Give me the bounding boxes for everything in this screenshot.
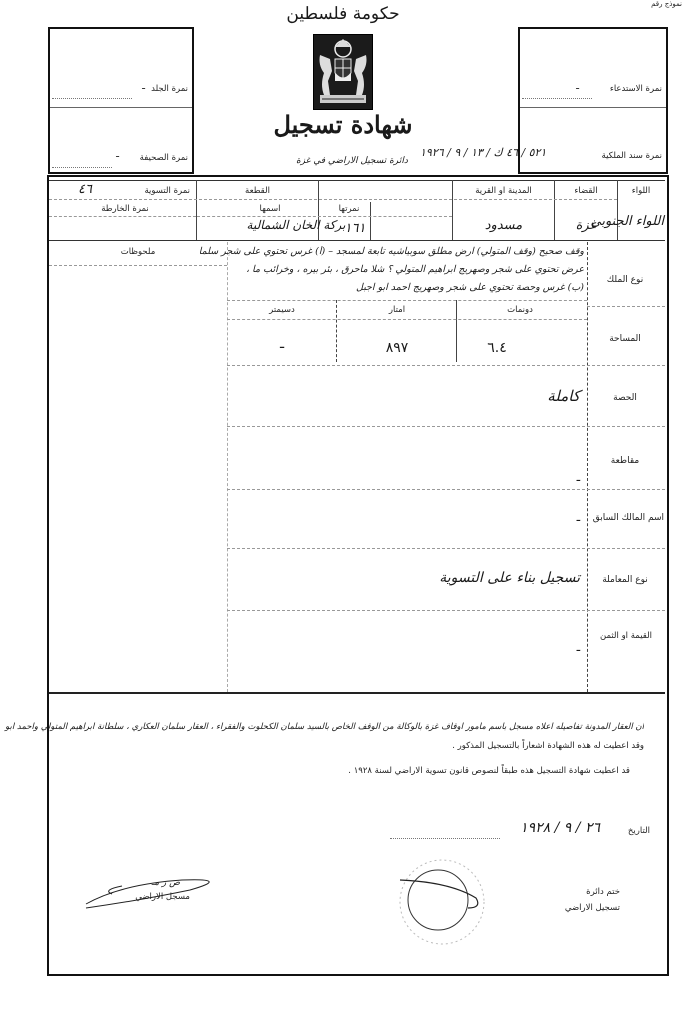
previous-owner-label: اسم المالك السابق — [582, 513, 664, 523]
property-type-line-3[interactable]: (ب) غرس وحصة تحتوي على شجر وصهريج احمد ا… — [230, 282, 584, 293]
map-no-label: نمرة الخارطة — [60, 204, 190, 214]
boundaries-label: مقاطعة — [590, 456, 660, 466]
statement-line-2: وقد اعطيت له هذه الشهادة اشعاراً بالتسجي… — [200, 741, 644, 751]
row-divider — [227, 426, 665, 427]
row-divider — [587, 306, 665, 307]
deed-label: نمرة سند الملكية — [602, 151, 662, 161]
page-dotted-line — [52, 167, 112, 168]
land-registry-seal-icon — [390, 852, 490, 952]
date-label: التاريخ — [600, 826, 650, 836]
value-price-value[interactable]: ـ — [540, 640, 580, 654]
block-number-header: نمرتها — [329, 204, 369, 214]
row-divider — [227, 489, 665, 490]
header-underline — [49, 199, 617, 200]
area-label: المساحة — [590, 334, 660, 344]
date-value[interactable]: ٢٦ / ٩ / ١٩٢٨ — [450, 820, 600, 836]
decimeters-header: دسيمتر — [228, 305, 336, 315]
volume-label: نمرة الجلد — [151, 84, 188, 94]
office-line: دائرة تسجيل الاراضي في غزة — [296, 156, 408, 166]
page-label: نمرة الصحيفة — [140, 153, 188, 163]
dunams-header: دونمات — [457, 305, 583, 315]
transaction-type-value[interactable]: تسجيل بناء على التسوية — [380, 570, 580, 586]
seal-label-1: ختم دائرة — [560, 887, 620, 897]
subdistrict-header: القضاء — [555, 186, 617, 196]
row-divider — [227, 610, 665, 611]
table-top-line — [49, 180, 665, 181]
application-label: نمرة الاستدعاء — [610, 84, 662, 94]
parcel-block-header: القطعة — [197, 186, 318, 196]
area-header-underline — [227, 319, 587, 320]
share-value[interactable]: كاملة — [440, 387, 580, 405]
row-divider — [227, 548, 665, 549]
registrar-sign-initials: ص ر مـ — [120, 878, 180, 888]
application-value[interactable]: ـ — [576, 81, 579, 92]
town-village-value[interactable]: مسدود — [453, 218, 554, 233]
subdistrict-value[interactable]: غزة — [555, 218, 617, 233]
block-name-header: اسمها — [230, 204, 310, 214]
page-value[interactable]: ـ — [116, 149, 119, 160]
property-type-label: نوع الملك — [590, 275, 660, 285]
table-bottom-line — [49, 240, 665, 241]
volume-page-box: نمرة الجلد ـ نمرة الصحيفة ـ — [48, 27, 194, 174]
registrar-label: مسجل الاراضي — [100, 892, 190, 902]
property-type-line-1[interactable]: وقف صحيح (وقف المتولي) ارض مطلق سوبياشيه… — [200, 246, 584, 257]
government-title: حكومة فلسطين — [0, 4, 686, 24]
remarks-underline — [49, 265, 227, 266]
subheader-underline — [49, 216, 196, 217]
value-price-label: القيمة او الثمن — [588, 631, 664, 641]
volume-dotted-line — [52, 98, 132, 99]
deed-value[interactable]: ٥٢١ / ٤٦ ك / ١٣ / ٩ / ١٩٢٦ — [420, 146, 546, 159]
seal-label-2: تسجيل الاراضي — [540, 903, 620, 913]
dunams-value[interactable]: ٦.٤ — [457, 340, 537, 356]
row-label-divider — [587, 242, 588, 692]
box-divider — [520, 107, 666, 108]
row-divider — [227, 300, 587, 301]
meters-value[interactable]: ٨٩٧ — [337, 340, 457, 356]
box-divider — [50, 107, 192, 108]
previous-owner-value[interactable]: ـ — [540, 510, 580, 524]
share-label: الحصة — [590, 393, 660, 403]
decimeters-value[interactable]: ـ — [228, 336, 336, 352]
row-divider — [227, 365, 665, 366]
block-name-value[interactable]: بركة الخان الشمالية — [222, 218, 370, 232]
statement-line-3: قد اعطيت شهادة التسجيل هذه طبقاً لنصوص ق… — [200, 766, 630, 776]
town-village-header: المدينة او القرية — [453, 186, 554, 196]
date-dotted-line — [390, 838, 500, 839]
transaction-type-label: نوع المعاملة — [590, 575, 660, 585]
statement-line-1[interactable]: ان العقار المدونة تفاصيله اعلاه مسجل باس… — [4, 722, 644, 732]
meters-header: امتار — [337, 305, 457, 315]
district-value[interactable]: اللواء الجنوبي — [618, 214, 664, 229]
royal-coat-of-arms-icon — [313, 34, 373, 110]
settlement-no-value[interactable]: ٤٦ — [78, 182, 92, 197]
property-type-line-2[interactable]: عرض تحتوي على شجر وصهريج ابراهيم المتولي… — [230, 264, 584, 275]
volume-value[interactable]: ـ — [142, 81, 145, 92]
boundaries-value[interactable]: ـ — [540, 470, 580, 484]
statement-separator — [49, 692, 665, 694]
col-divider — [370, 202, 371, 240]
application-dotted-line — [522, 98, 592, 99]
district-header: اللواء — [618, 186, 664, 196]
subheader-underline — [197, 216, 452, 217]
